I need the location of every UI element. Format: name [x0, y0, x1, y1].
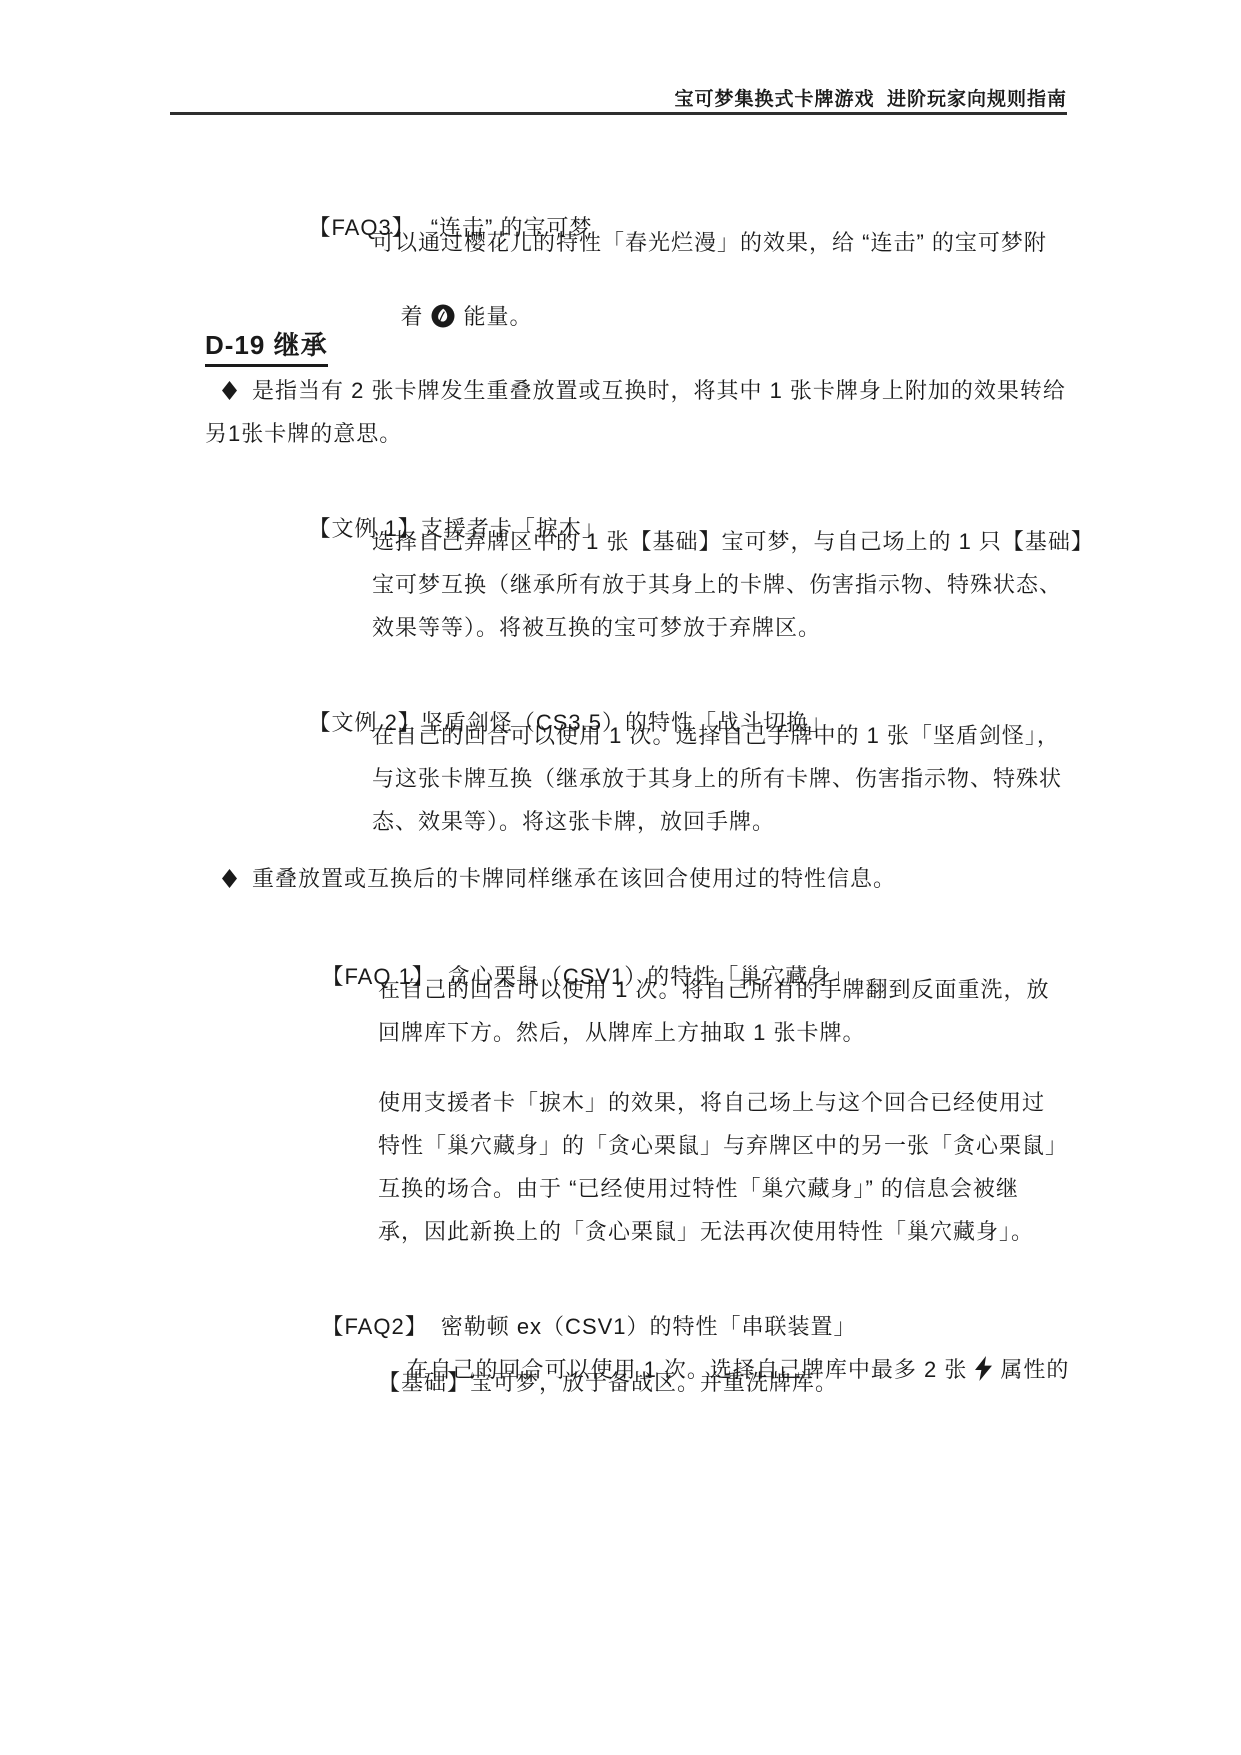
faq1-para1-line1: 在自己的回合可以使用 1 次。将自己所有的手牌翻到反面重洗，放	[378, 975, 1049, 1005]
grass-energy-icon	[431, 304, 455, 336]
faq2-body-line1-post: 属性的	[1000, 1357, 1069, 1382]
bullet2-line1: 重叠放置或互换后的卡牌同样继承在该回合使用过的特性信息。	[252, 864, 896, 894]
faq2-body-line2: 【基础】宝可梦，放于备战区。并重洗牌库。	[378, 1368, 838, 1398]
bullet1-line2: 另1张卡牌的意思。	[205, 419, 402, 449]
faq3-body-line2: 着能量。	[372, 272, 532, 366]
example1-body-line2: 宝可梦互换（继承所有放于其身上的卡牌、伤害指示物、特殊状态、	[372, 570, 1062, 600]
faq1-para1-line2: 回牌库下方。然后，从牌库上方抽取 1 张卡牌。	[378, 1018, 865, 1048]
faq1-para2-line4: 承，因此新换上的「贪心栗鼠」无法再次使用特性「巢穴藏身」。	[378, 1217, 1034, 1247]
lightning-icon	[975, 1356, 992, 1389]
example1-body-line1: 选择自己弃牌区中的 1 张【基础】宝可梦，与自己场上的 1 只【基础】	[372, 527, 1094, 557]
diamond-bullet-icon	[222, 869, 237, 888]
page-header-title: 宝可梦集换式卡牌游戏 进阶玩家向规则指南	[164, 84, 1067, 111]
faq1-para2-line3: 互换的场合。由于 “已经使用过特性「巢穴藏身」” 的信息会被继	[378, 1174, 1019, 1204]
faq1-para2-line2: 特性「巢穴藏身」的「贪心栗鼠」与弃牌区中的另一张「贪心栗鼠」	[378, 1131, 1068, 1161]
example1-body-line3: 效果等等）。将被互换的宝可梦放于弃牌区。	[372, 613, 821, 643]
faq3-body-line2-pre: 着	[400, 304, 423, 329]
faq3-body-line2-post: 能量。	[463, 304, 532, 329]
example2-body-line2: 与这张卡牌互换（继承放于其身上的所有卡牌、伤害指示物、特殊状	[372, 764, 1062, 794]
header-rule	[170, 112, 1067, 115]
rules-guide-page: 宝可梦集换式卡牌游戏 进阶玩家向规则指南 【FAQ3】“连击” 的宝可梦 可以通…	[0, 0, 1241, 1755]
section-heading-text: D-19 继承	[205, 330, 328, 367]
faq1-para2-line1: 使用支援者卡「捩木」的效果，将自己场上与这个回合已经使用过	[378, 1088, 1045, 1118]
faq3-body-line1: 可以通过樱花儿的特性「春光烂漫」的效果，给 “连击” 的宝可梦附	[372, 228, 1047, 258]
example2-body-line1: 在自己的回合可以使用 1 次。选择自己手牌中的 1 张「坚盾剑怪」，	[372, 721, 1060, 751]
section-heading: D-19 继承	[205, 330, 328, 362]
bullet1-line1: 是指当有 2 张卡牌发生重叠放置或互换时，将其中 1 张卡牌身上附加的效果转给	[252, 376, 1066, 406]
example2-body-line3: 态、效果等）。将这张卡牌，放回手牌。	[372, 807, 775, 837]
diamond-bullet-icon	[222, 381, 237, 400]
